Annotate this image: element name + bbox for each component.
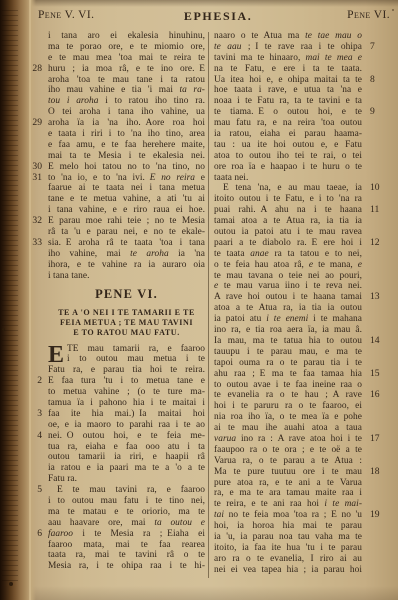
verse-text: ia 'u, ia parau noa tau vaha ma te bbox=[214, 532, 362, 543]
verse-text: na te Fatu, e ere i ta te taata. bbox=[214, 64, 362, 75]
verse-text: e taata i riri i to 'na iho tino, area bbox=[48, 129, 205, 140]
text-line: atoa a te Atua ra, ia tia ia outou bbox=[214, 303, 362, 314]
verse-number: 30 bbox=[24, 162, 42, 173]
verse-number: 32 bbox=[24, 216, 42, 227]
verse-number: 4 bbox=[24, 431, 42, 442]
verse-number: 18 bbox=[370, 467, 388, 478]
text-line: iho vahine, mai te aroha ia 'na bbox=[48, 249, 205, 260]
text-line: pure atoa ra, e te ani a te Varua bbox=[214, 478, 362, 489]
chapter-heading: PENE VI. bbox=[48, 289, 205, 303]
verse-text: TE mau tamarii ra, e faaroo bbox=[48, 344, 205, 355]
text-line: ma te matau e te oriorio, ma te bbox=[48, 507, 205, 518]
verse-number: 9 bbox=[370, 107, 388, 118]
text-line: E TO RATOU MAU FATU. bbox=[48, 328, 205, 338]
text-line: O tei aroha i tana iho vahine, ua bbox=[48, 107, 205, 118]
text-line: 30E melo hoi tatou no to 'na tino, no bbox=[48, 162, 205, 173]
verse-text: te tiama. E o outou hoi, e te bbox=[214, 107, 362, 118]
verse-number: 12 bbox=[370, 238, 388, 249]
text-line: itoito, ia faa ite hua 'tu i te parau bbox=[214, 543, 362, 554]
text-line: nei ei vea tapea hia ; ia parau hoi bbox=[214, 565, 362, 576]
chapter6-body: E TE mau tamarii ra, e faarooi to outou … bbox=[48, 344, 205, 573]
verse-text: E TO RATOU MAU FATU. bbox=[48, 328, 205, 338]
text-line: 10E tena 'na, e au mau taeae, ia bbox=[214, 183, 362, 194]
verse-text: paari a te diabolo ra. E ere hoi i bbox=[214, 238, 362, 249]
verse-text: ma te matau e te oriorio, ma te bbox=[48, 507, 205, 518]
text-line: aro ra o te evanelia, I riro ai au bbox=[214, 554, 362, 565]
verse-text: faa ite hia mai.) Ia maitai hoi bbox=[48, 409, 205, 420]
verse-text: noaa i te Fatu ra, ta te tavini e ta bbox=[214, 96, 362, 107]
book-gutter-spine bbox=[0, 0, 36, 600]
text-line: 11puai rahi. A ahu na i te haana bbox=[214, 205, 362, 216]
text-line: i tana aro ei ekalesia hinuhinu, bbox=[48, 31, 205, 42]
verse-text: aroha 'toa te mau tane i ta ratou bbox=[48, 75, 205, 86]
verse-text: hoi, ia horoa hia mai te parau bbox=[214, 521, 362, 532]
text-line: Varua ra, o te parau a te Atua : bbox=[214, 456, 362, 467]
text-line: tauupu i te parau mau, e ma te bbox=[214, 347, 362, 358]
text-line: e taata i riri i to 'na iho tino, area bbox=[48, 129, 205, 140]
verse-text: taata nei. bbox=[214, 173, 362, 184]
verse-text: ai te mau ihe auahi atoa a taua bbox=[214, 423, 362, 434]
verse-text: tai no te feia moa 'toa ra ; E no 'u bbox=[214, 510, 362, 521]
text-line: 4nei. O outou hoi, e te feia me- bbox=[48, 431, 205, 442]
verse-text: tou i aroha i to ratou iho tino ra. bbox=[48, 96, 205, 107]
verse-text: tapoi ouma ra o te parau tia i te bbox=[214, 358, 362, 369]
text-line: tavini ma te hinaaro, mai te mea e bbox=[214, 53, 362, 64]
verse-text: e faa amu, e te faa herehere maite, bbox=[48, 140, 205, 151]
text-line: taata nei. bbox=[214, 173, 362, 184]
text-line: aroha 'toa te mau tane i ta ratou bbox=[48, 75, 205, 86]
verse-number: 33 bbox=[24, 238, 42, 249]
verse-text: E parau moe rahi teie ; no te Mesia bbox=[48, 216, 205, 227]
text-line: oe, e ia maoro to parahi raa i te ao bbox=[48, 420, 205, 431]
verse-text: faarue ai te taata nei i tana metua bbox=[48, 183, 205, 194]
verse-number: 17 bbox=[370, 434, 388, 445]
text-line: to outou avae i te faa ineine raa o bbox=[214, 380, 362, 391]
verse-text: E te mau tavini ra, e faaroo bbox=[48, 485, 205, 496]
page-title: EPHESIA. bbox=[184, 9, 252, 24]
column-divider-rule bbox=[208, 32, 209, 578]
verse-text: ino ra, e tia roa aera ïa, ia mau â. bbox=[214, 325, 362, 336]
text-line: outou ia patoi atu i te mau ravea bbox=[214, 227, 362, 238]
paper-speck bbox=[2, 328, 5, 331]
verse-text: te aau ; I te rave raa i te ohipa bbox=[214, 42, 362, 53]
verse-text: te evanelia ra o te hau ; A rave bbox=[214, 390, 362, 401]
text-line: mai ta te Mesia i te ekalesia nei. bbox=[48, 151, 205, 162]
text-line: o te feia hau atoa râ, e te mana, e bbox=[214, 260, 362, 271]
verse-text: i tana aro ei ekalesia hinuhinu, bbox=[48, 31, 205, 42]
text-line: tane e te metua vahine, a ati 'tu ai bbox=[48, 194, 205, 205]
text-line: te mau tavana o teie nei ao pouri, bbox=[214, 271, 362, 282]
verse-text: faaroo i te Mesia ra ; Eiaha ei bbox=[48, 529, 205, 540]
verse-number: 5 bbox=[24, 485, 42, 496]
left-column: i tana aro ei ekalesia hinuhinu,ma te po… bbox=[48, 31, 205, 572]
verse-text: ahu raa ; E ma te faa tamaa hia bbox=[214, 369, 362, 380]
verse-text: nei. O outou hoi, e te feia me- bbox=[48, 431, 205, 442]
verse-text: Fatu ra. bbox=[48, 474, 205, 485]
text-line: ra, e ma te ara tamau maite raa i bbox=[214, 488, 362, 499]
verse-text: iho mau vahine e tia 'i mai ta ra- bbox=[48, 85, 205, 96]
text-line: ino ra, e tia roa aera ïa, ia mau â. bbox=[214, 325, 362, 336]
verse-text: te mau tavana o teie nei ao pouri, bbox=[214, 271, 362, 282]
verse-text: O tei aroha i tana iho vahine, ua bbox=[48, 107, 205, 118]
text-line: 8Ua itea hoi e, e ohipa maitai ta te bbox=[214, 75, 362, 86]
text-line: 18Ma te pure tuutuu ore i te mau bbox=[214, 467, 362, 478]
book-page: Pene V. VI. EPHESIA. Pene VI. i tana aro… bbox=[0, 0, 398, 600]
text-line: nia roa iho ïa, o te mea ïa e pohe bbox=[214, 412, 362, 423]
verse-text: ma te porao ore, e te miomio ore, bbox=[48, 42, 205, 53]
verse-text: ra, e ma te ara tamau maite raa i bbox=[214, 488, 362, 499]
verse-text: aroha ïa ia 'na iho. Aore roa hoi bbox=[48, 118, 205, 129]
header-right-chapter-ref: Pene VI. bbox=[347, 9, 390, 21]
verse-number: 11 bbox=[370, 205, 388, 216]
text-line: 12paari a te diabolo ra. E ere hoi i bbox=[214, 238, 362, 249]
verse-text: te taata anae ra ta tatou e to nei, bbox=[214, 249, 362, 260]
verse-number: 28 bbox=[24, 64, 42, 75]
text-line: naaro o te Atua ma te tae mau o bbox=[214, 31, 362, 42]
verse-text: FEIA METUA ; TE MAU TAVINI bbox=[48, 318, 205, 328]
verse-text: atoa a te Atua ra, ia tia ia outou bbox=[214, 303, 362, 314]
text-line: 6faaroo i te Mesia ra ; Eiaha ei bbox=[48, 529, 205, 540]
verse-text: Ua itea hoi e, e ohipa maitai ta te bbox=[214, 75, 362, 86]
verse-text: A rave hoi outou i te haana tamai bbox=[214, 292, 362, 303]
text-line: te taata anae ra ta tatou e to nei, bbox=[214, 249, 362, 260]
verse-text: e te mau mea 'toa mai te reira te bbox=[48, 53, 205, 64]
verse-number: 2 bbox=[24, 376, 42, 387]
text-line: i to outou mau fatu i te tino nei, bbox=[48, 496, 205, 507]
text-line: i tana tane. bbox=[48, 271, 205, 282]
verse-text: ihora, e te vahine ra ia auraro oia bbox=[48, 260, 205, 271]
text-line: i tana vahine, e e riro raua ei hoe. bbox=[48, 205, 205, 216]
verse-text: tauupu i te parau mau, e ma te bbox=[214, 347, 362, 358]
verse-text: mai ta te Mesia i te ekalesia nei. bbox=[48, 151, 205, 162]
verse-text: Mesia ra, i te ohipa raa i te hi- bbox=[48, 561, 205, 572]
text-line: ma te porao ore, e te miomio ore, bbox=[48, 42, 205, 53]
text-line: 31to 'na io, e to 'na ivi. E no reira e bbox=[48, 173, 205, 184]
text-line: Fatu ra, e parau tia hoi te reira. bbox=[48, 365, 205, 376]
verse-text: oe, e ia maoro to parahi raa i te ao bbox=[48, 420, 205, 431]
text-line: faaroo mata, mai te faa rearea bbox=[48, 540, 205, 551]
text-line: tau : ua ite hoi outou e, e Fatu bbox=[214, 140, 362, 151]
paper-speck bbox=[392, 9, 394, 11]
text-line: aau haavare ore, mai ta outou e bbox=[48, 518, 205, 529]
text-line: e te mau varua iino i te reva nei. bbox=[214, 281, 362, 292]
right-column: naaro o te Atua ma te tae mau o7te aau ;… bbox=[214, 31, 362, 576]
text-line: Fatu ra. bbox=[48, 474, 205, 485]
verse-text: o te feia hau atoa râ, e te mana, e bbox=[214, 260, 362, 271]
verse-text: naaro o te Atua ma te tae mau o bbox=[214, 31, 362, 42]
text-line: tamua ïa i pahono hia i te maitai i bbox=[48, 398, 205, 409]
verse-number: 6 bbox=[24, 529, 42, 540]
verse-number: 19 bbox=[370, 510, 388, 521]
verse-text: faaroo mata, mai te faa rearea bbox=[48, 540, 205, 551]
verse-text: tau : ua ite hoi outou e, e Fatu bbox=[214, 140, 362, 151]
verse-text: puai rahi. A ahu na i te haana bbox=[214, 205, 362, 216]
verse-number: 29 bbox=[24, 118, 42, 129]
running-header: Pene V. VI. EPHESIA. Pene VI. bbox=[38, 9, 390, 25]
text-line: outou tamarii ia riri, e haapii râ bbox=[48, 452, 205, 463]
text-line: noaa i te Fatu ra, ta te tavini e ta bbox=[214, 96, 362, 107]
verse-text: taata ra, mai te tavini râ o te bbox=[48, 550, 205, 561]
verse-text: E faa tura 'tu i to metua tane e bbox=[48, 376, 205, 387]
verse-text: E tena 'na, e au mau taeae, ia bbox=[214, 183, 362, 194]
verse-number: 14 bbox=[370, 336, 388, 347]
verse-text: ia ratou, eiaha ei parau haama- bbox=[214, 129, 362, 140]
header-left-chapter-ref: Pene V. VI. bbox=[38, 9, 94, 21]
text-line: ihora, e te vahine ra ia auraro oia bbox=[48, 260, 205, 271]
text-line: 29aroha ïa ia 'na iho. Aore roa hoi bbox=[48, 118, 205, 129]
text-line: ai te mau ihe auahi atoa a taua bbox=[214, 423, 362, 434]
verse-text: i tana vahine, e e riro raua ei hoe. bbox=[48, 205, 205, 216]
text-line: taata ra, mai te tavini râ o te bbox=[48, 550, 205, 561]
text-line: TE mau tamarii ra, e faaroo bbox=[48, 344, 205, 355]
text-line: atoa to outou iho tei te rai, o tei bbox=[214, 151, 362, 162]
text-line: 17varua ino ra : A rave atoa hoi i te bbox=[214, 434, 362, 445]
text-line: FEIA METUA ; TE MAU TAVINI bbox=[48, 318, 205, 328]
verse-number: 16 bbox=[370, 390, 388, 401]
verse-text: itoito outou i te Fatu, e i to 'na ra bbox=[214, 194, 362, 205]
verse-text: sia. E aroha râ te taata 'toa i tana bbox=[48, 238, 205, 249]
text-line: iho mau vahine e tia 'i mai ta ra- bbox=[48, 85, 205, 96]
verse-number: 7 bbox=[370, 42, 388, 53]
text-line: te reira, e te ani raa hoi i te mai- bbox=[214, 499, 362, 510]
verse-text: tavini ma te hinaaro, mai te mea e bbox=[214, 53, 362, 64]
verse-text: ore roa ïa e haapao i te huru o te bbox=[214, 162, 362, 173]
text-line: hoi i te paruru ra o te faaroo, ei bbox=[214, 401, 362, 412]
chapter-summary: TE A 'O NEI I TE TAMARII E TEFEIA METUA … bbox=[48, 308, 205, 337]
text-line: 33sia. E aroha râ te taata 'toa i tana bbox=[48, 238, 205, 249]
text-line: faaupoo ra o te ora ; e te oë a te bbox=[214, 445, 362, 456]
text-line: 28huru ; ia moa râ, e te ino ore. E bbox=[48, 64, 205, 75]
verse-text: to metua vahine ; (o te ture ma- bbox=[48, 387, 205, 398]
verse-text: huru ; ia moa râ, e te ino ore. E bbox=[48, 64, 205, 75]
verse-text: i to outou mau fatu i te tino nei, bbox=[48, 496, 205, 507]
verse-text: Ia mau, ma te tatua hia to outou bbox=[214, 336, 362, 347]
verse-lines-right: naaro o te Atua ma te tae mau o7te aau ;… bbox=[214, 31, 362, 576]
text-line: e faa amu, e te faa herehere maite, bbox=[48, 140, 205, 151]
verse-text: ia ratou e ia paari ma te a 'o a te bbox=[48, 463, 205, 474]
verse-text: e te mau varua iino i te reva nei. bbox=[214, 281, 362, 292]
verse-text: outou ia patoi atu i te mau ravea bbox=[214, 227, 362, 238]
verse-text: Fatu ra, e parau tia hoi te reira. bbox=[48, 365, 205, 376]
text-line: to metua vahine ; (o te ture ma- bbox=[48, 387, 205, 398]
verse-lines-chapter5: i tana aro ei ekalesia hinuhinu,ma te po… bbox=[48, 31, 205, 281]
verse-text: pure atoa ra, e te ani a te Varua bbox=[214, 478, 362, 489]
verse-text: TE A 'O NEI I TE TAMARII E TE bbox=[48, 308, 205, 318]
verse-text: hoe taata i rave, e utua ta 'na e bbox=[214, 85, 362, 96]
text-line: 19tai no te feia moa 'toa ra ; E no 'u bbox=[214, 510, 362, 521]
verse-lines-chapter6: TE mau tamarii ra, e faarooi to outou ma… bbox=[48, 344, 205, 573]
verse-text: tane e te metua vahine, a ati 'tu ai bbox=[48, 194, 205, 205]
verse-text: atoa to outou iho tei te rai, o tei bbox=[214, 151, 362, 162]
text-line: tua ra, eiaha e faa ooo atu i ta bbox=[48, 442, 205, 453]
text-line: ia ratou, eiaha ei parau haama- bbox=[214, 129, 362, 140]
text-line: 14Ia mau, ma te tatua hia to outou bbox=[214, 336, 362, 347]
verse-text: tamai atoa a te Atua ra, ia tia ia bbox=[214, 216, 362, 227]
text-line: faarue ai te taata nei i tana metua bbox=[48, 183, 205, 194]
verse-text: ia patoi atu i te enemi i te mahana bbox=[214, 314, 362, 325]
verse-text: to outou avae i te faa ineine raa o bbox=[214, 380, 362, 391]
text-line: ore roa ïa e haapao i te huru o te bbox=[214, 162, 362, 173]
text-line: 32E parau moe rahi teie ; no te Mesia bbox=[48, 216, 205, 227]
text-line: ia 'u, ia parau noa tau vaha ma te bbox=[214, 532, 362, 543]
verse-text: varua ino ra : A rave atoa hoi i te bbox=[214, 434, 362, 445]
verse-text: iho vahine, mai te aroha ia 'na bbox=[48, 249, 205, 260]
verse-text: faaupoo ra o te ora ; e te oë a te bbox=[214, 445, 362, 456]
text-line: râ ta 'u e parau nei, e no te ekale- bbox=[48, 227, 205, 238]
verse-text: aau haavare ore, mai ta outou e bbox=[48, 518, 205, 529]
verse-text: râ ta 'u e parau nei, e no te ekale- bbox=[48, 227, 205, 238]
verse-number: 3 bbox=[24, 409, 42, 420]
verse-text: nei ei vea tapea hia ; ia parau hoi bbox=[214, 565, 362, 576]
verse-number: 13 bbox=[370, 292, 388, 303]
text-line: Mesia ra, i te ohipa raa i te hi- bbox=[48, 561, 205, 572]
verse-text: outou tamarii ia riri, e haapii râ bbox=[48, 452, 205, 463]
verse-number: 8 bbox=[370, 75, 388, 86]
text-line: 5E te mau tavini ra, e faaroo bbox=[48, 485, 205, 496]
text-line: mau fatu ra, e na reira 'toa outou bbox=[214, 118, 362, 129]
paper-speck bbox=[9, 582, 13, 586]
verse-text: tamua ïa i pahono hia i te maitai i bbox=[48, 398, 205, 409]
verse-text: to 'na io, e to 'na ivi. E no reira e bbox=[48, 173, 205, 184]
text-line: e te mau mea 'toa mai te reira te bbox=[48, 53, 205, 64]
text-line: tapoi ouma ra o te parau tia i te bbox=[214, 358, 362, 369]
text-line: ia ratou e ia paari ma te a 'o a te bbox=[48, 463, 205, 474]
verse-text: i tana tane. bbox=[48, 271, 205, 282]
verse-text: aro ra o te evanelia, I riro ai au bbox=[214, 554, 362, 565]
verse-text: mau fatu ra, e na reira 'toa outou bbox=[214, 118, 362, 129]
text-line: 7te aau ; I te rave raa i te ohipa bbox=[214, 42, 362, 53]
text-line: hoe taata i rave, e utua ta 'na e bbox=[214, 85, 362, 96]
text-line: tou i aroha i to ratou iho tino ra. bbox=[48, 96, 205, 107]
verse-text: E melo hoi tatou no to 'na tino, no bbox=[48, 162, 205, 173]
text-line: itoito outou i te Fatu, e i to 'na ra bbox=[214, 194, 362, 205]
text-line: 13A rave hoi outou i te haana tamai bbox=[214, 292, 362, 303]
verse-number: 10 bbox=[370, 183, 388, 194]
verse-text: te reira, e te ani raa hoi i te mai- bbox=[214, 499, 362, 510]
text-line: i to outou mau metua i te bbox=[48, 354, 205, 365]
verse-number: 15 bbox=[370, 369, 388, 380]
verse-text: itoito, ia faa ite hua 'tu i te parau bbox=[214, 543, 362, 554]
text-line: 2E faa tura 'tu i to metua tane e bbox=[48, 376, 205, 387]
text-line: ia patoi atu i te enemi i te mahana bbox=[214, 314, 362, 325]
text-line: tamai atoa a te Atua ra, ia tia ia bbox=[214, 216, 362, 227]
text-line: 3faa ite hia mai.) Ia maitai hoi bbox=[48, 409, 205, 420]
verse-text: i to outou mau metua i te bbox=[48, 354, 205, 365]
text-line: 9te tiama. E o outou hoi, e te bbox=[214, 107, 362, 118]
verse-text: nia roa iho ïa, o te mea ïa e pohe bbox=[214, 412, 362, 423]
text-line: 15ahu raa ; E ma te faa tamaa hia bbox=[214, 369, 362, 380]
verse-text: Varua ra, o te parau a te Atua : bbox=[214, 456, 362, 467]
verse-text: Ma te pure tuutuu ore i te mau bbox=[214, 467, 362, 478]
text-line: hoi, ia horoa hia mai te parau bbox=[214, 521, 362, 532]
text-line: na te Fatu, e ere i ta te taata. bbox=[214, 64, 362, 75]
verse-text: tua ra, eiaha e faa ooo atu i ta bbox=[48, 442, 205, 453]
text-line: TE A 'O NEI I TE TAMARII E TE bbox=[48, 308, 205, 318]
verse-number: 31 bbox=[24, 173, 42, 184]
verse-text: hoi i te paruru ra o te faaroo, ei bbox=[214, 401, 362, 412]
text-line: 16te evanelia ra o te hau ; A rave bbox=[214, 390, 362, 401]
